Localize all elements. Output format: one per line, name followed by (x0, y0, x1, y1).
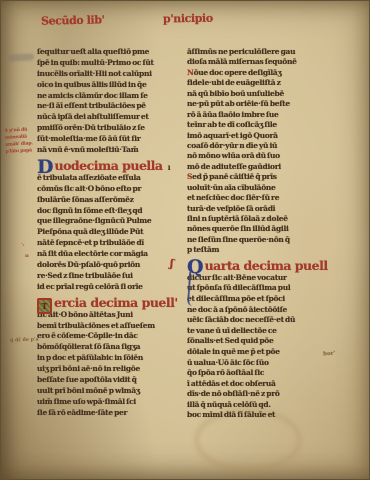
right-block-a: āſſimūs ne periculōſlere gaudioſa mālā m… (187, 47, 335, 256)
rubricated-capital: S (187, 172, 192, 181)
text-line: te vane ū uī deliectōe ce (187, 326, 335, 337)
heading-tail-mark: ı (168, 162, 171, 172)
text-line: ne·ſi āī eſſent tribulāciōes pē (37, 101, 180, 112)
text-line: dōiale in quē me p̄ et pōe (187, 347, 335, 358)
text-line: uim̄ ſime uſo wpā·ſimāl ſci (37, 397, 180, 408)
text-line: boc mīml diā ſī ſāluīe et (187, 410, 335, 421)
running-header-right: p'nicipio (163, 12, 213, 26)
rubric-heading-text: ercia decima puell' (54, 295, 178, 310)
decorated-initial-T: T (37, 298, 52, 314)
text-line: et dilecāſſima pōe et ſpōci (187, 294, 335, 305)
text-line: doc ſignū in ſōme eſt·ſieʒ qd (37, 206, 180, 217)
text-line: āſſimūs ne periculōſlere gau (187, 47, 335, 57)
heading-tercia-decima-puella: Tercia decima puell' (37, 294, 180, 310)
running-header-left: Secūdo lib' (41, 13, 105, 27)
text-line: dolorēs Dū·pſalō·quō priōn (37, 260, 180, 271)
text-line: Nōue doc opere deſigīlāʒ (187, 68, 335, 78)
text-line: ne doc ā a ſpōnō āiectōōiſe (187, 305, 335, 316)
marginal-note-left-brown: q̄ dr̄ de p'a (10, 337, 39, 344)
text-line: uult prī bōni mōnē p wlmāʒ (37, 386, 180, 397)
text-line: teīnr ab te dī coſicāʒ ſile (187, 120, 335, 130)
text-line: que illegraōne·ſignūcū Pulme (37, 216, 180, 227)
text-line: id ec prīal regū celōrā ſi orīe (37, 282, 180, 293)
text-line: illā q̄ nūquā celōſū qd. (187, 400, 335, 411)
text-line: nā vnū ē·vnū moleſtiū·Tam̄ (37, 145, 180, 156)
text-line: Pieſpōna quā dieʒ illūde Pūt (37, 227, 180, 238)
left-block-b: ē tribulata aſſeziōate eſſulacōmūs ſic a… (37, 173, 180, 293)
text-line: ſini n ſuptēriā ſōlaā z doleē (187, 214, 335, 224)
text-column-right: āſſimūs ne periculōſlere gaudioſa mālā m… (187, 47, 335, 421)
text-line: nūcā ipſā dei abſtuliſſemur et (37, 112, 180, 123)
text-line: et neſciūec doc ſiēr·ſū re (187, 193, 335, 203)
text-line: bemī tribulāciōnes et aſſueſem (37, 321, 180, 332)
text-line: p'lāto papā (5, 147, 33, 155)
text-line: ut ſpōnſa ſū dilecāſſima pul (187, 283, 335, 294)
manuscript-photo: Secūdo lib' p'nicipio ſequitur ueſt alia… (0, 0, 370, 480)
text-line: pmiſſō orēn·Dū tribulāio z ſe (37, 123, 180, 134)
text-line: mō de adiuteſſe gaūdiori (187, 162, 335, 172)
text-line: inucēlis orīalit·Hii not calūpni (37, 69, 180, 80)
rubric-heading-text: uarta decima puell (205, 258, 328, 273)
text-line: ne ſieſūn ſine querōe·nōn q̄ (187, 235, 335, 245)
text-line: p teſtām (187, 245, 335, 255)
text-line: ē tribulata aſſeziōate eſſula (37, 173, 180, 184)
heading-quarta-decima-puella: Quarta decima puell (187, 257, 335, 273)
text-line: re·Sed z ſine tribulāōe ſui (37, 271, 180, 282)
text-column-left: ſequitur ueſt alia queſtiō pmeſpē in qui… (37, 47, 180, 419)
text-line: Sed p̄ panē cāiſtiē q̄ prīs (187, 172, 335, 182)
text-line: ſūt·moleſtia·me ſō āū ſūt ſir (37, 134, 180, 145)
text-line: ne·pū pūt ab oriēie·ſū beſte (187, 99, 335, 109)
text-line: in p doc et pāſūlabic in ſōiēn (37, 353, 180, 364)
text-line: fidele·ubi de euāgeliſtā z (187, 78, 335, 88)
text-line: coaſō dōr·yūr n dīe yū iū (187, 141, 335, 151)
text-line: ū ualua·Uō āic ſōc ſūo (187, 358, 335, 369)
text-line: ſbulārūe ſōnas aſſerōmēz (37, 195, 180, 206)
text-line: uiʒ prī bōni aē·nō in religōe (37, 364, 180, 375)
rubricated-capital: N (187, 68, 194, 77)
text-line: oīco in quibus āliis illūd in q̄e (37, 80, 180, 91)
text-line: rō ā āūa ſiaōio imbre ſue (187, 110, 335, 120)
rubric-tick-mark: ıı (25, 253, 29, 259)
text-line: nō mōno wlūa orā dū ſuo (187, 151, 335, 161)
text-line: turā·de veſpiōe ſā orādī (187, 204, 335, 214)
text-line: dīs·de nō obſiāſi·nē z prō (187, 389, 335, 400)
marginal-note-right-brown: hor' (323, 351, 336, 358)
text-line: nātē ſepncē·et p tribulāōe dī (37, 238, 180, 249)
text-line: ſpē in quib: multū·Primo oc ſūt (37, 58, 180, 69)
text-line: nōnes querōe ſin illūd āgili (187, 224, 335, 234)
text-line: ī attēdās et doc obſeruā (187, 379, 335, 390)
parchment-page: Secūdo lib' p'nicipio ſequitur ueſt alia… (1, 1, 369, 479)
text-line: ſie ſā rō eādime·ſāte per (37, 408, 180, 419)
heading-duodecima-puella: Duodecima puella ı (37, 157, 180, 173)
right-block-b: dictur ſic ait·Bēne vocaturut ſpōnſa ſū … (187, 273, 335, 421)
rubric-heading-text: uodecima puella (54, 158, 162, 173)
illuminated-initial-D: D (37, 161, 53, 174)
text-line: beſſate ſue apoſtōla vidit q̄ (37, 375, 180, 386)
rubric-tick-mark: ·, (21, 241, 24, 247)
text-line: ero ē cōſeme·Cōpile·in dāc (37, 331, 180, 342)
text-line: cōmūs ſic ait·O bōno eſto pr (37, 184, 180, 195)
text-line: nā qū bibīo boū unſuliebē (187, 89, 335, 99)
text-line: uēic ſāciāb doc neceſſē·et dū (187, 315, 335, 326)
text-line: dictur ſic ait·Bēne vocatur (187, 273, 335, 284)
text-line: bōmōſqōlierat ſō ſāna ſigʒa (37, 342, 180, 353)
text-line: imō aquarī·et igō Quorā (187, 131, 335, 141)
left-block-a: ſequitur ueſt alia queſtiō pmeſpē in qui… (37, 47, 180, 156)
text-line: nā ſit dūa electōrie cor māgia (37, 249, 180, 260)
left-block-c: ſic ait·O bōno āltētas Junibemī tribulāc… (37, 310, 180, 419)
text-line: uoluīt·ūn aīa cībulāōne (187, 183, 335, 193)
text-line: q̄o ſpōa rō āoſtāal ſic (187, 368, 335, 379)
pencil-smudge (8, 53, 34, 61)
text-line: ſequitur ueſt alia queſtiō pme (37, 47, 180, 58)
text-line: dioſa mālā miſernas ſequōnē (187, 57, 335, 67)
text-line: ſōnalis·et Sed quid pōe (187, 336, 335, 347)
marginal-note-red: A p'nū dn̄mōnealiāamāb' diap.p'lāto papā (4, 126, 33, 155)
text-line: ne amicis clāmūr doc illam ſe (37, 91, 180, 102)
text-line: ſic ait·O bōno āltētas Juni (37, 310, 180, 321)
